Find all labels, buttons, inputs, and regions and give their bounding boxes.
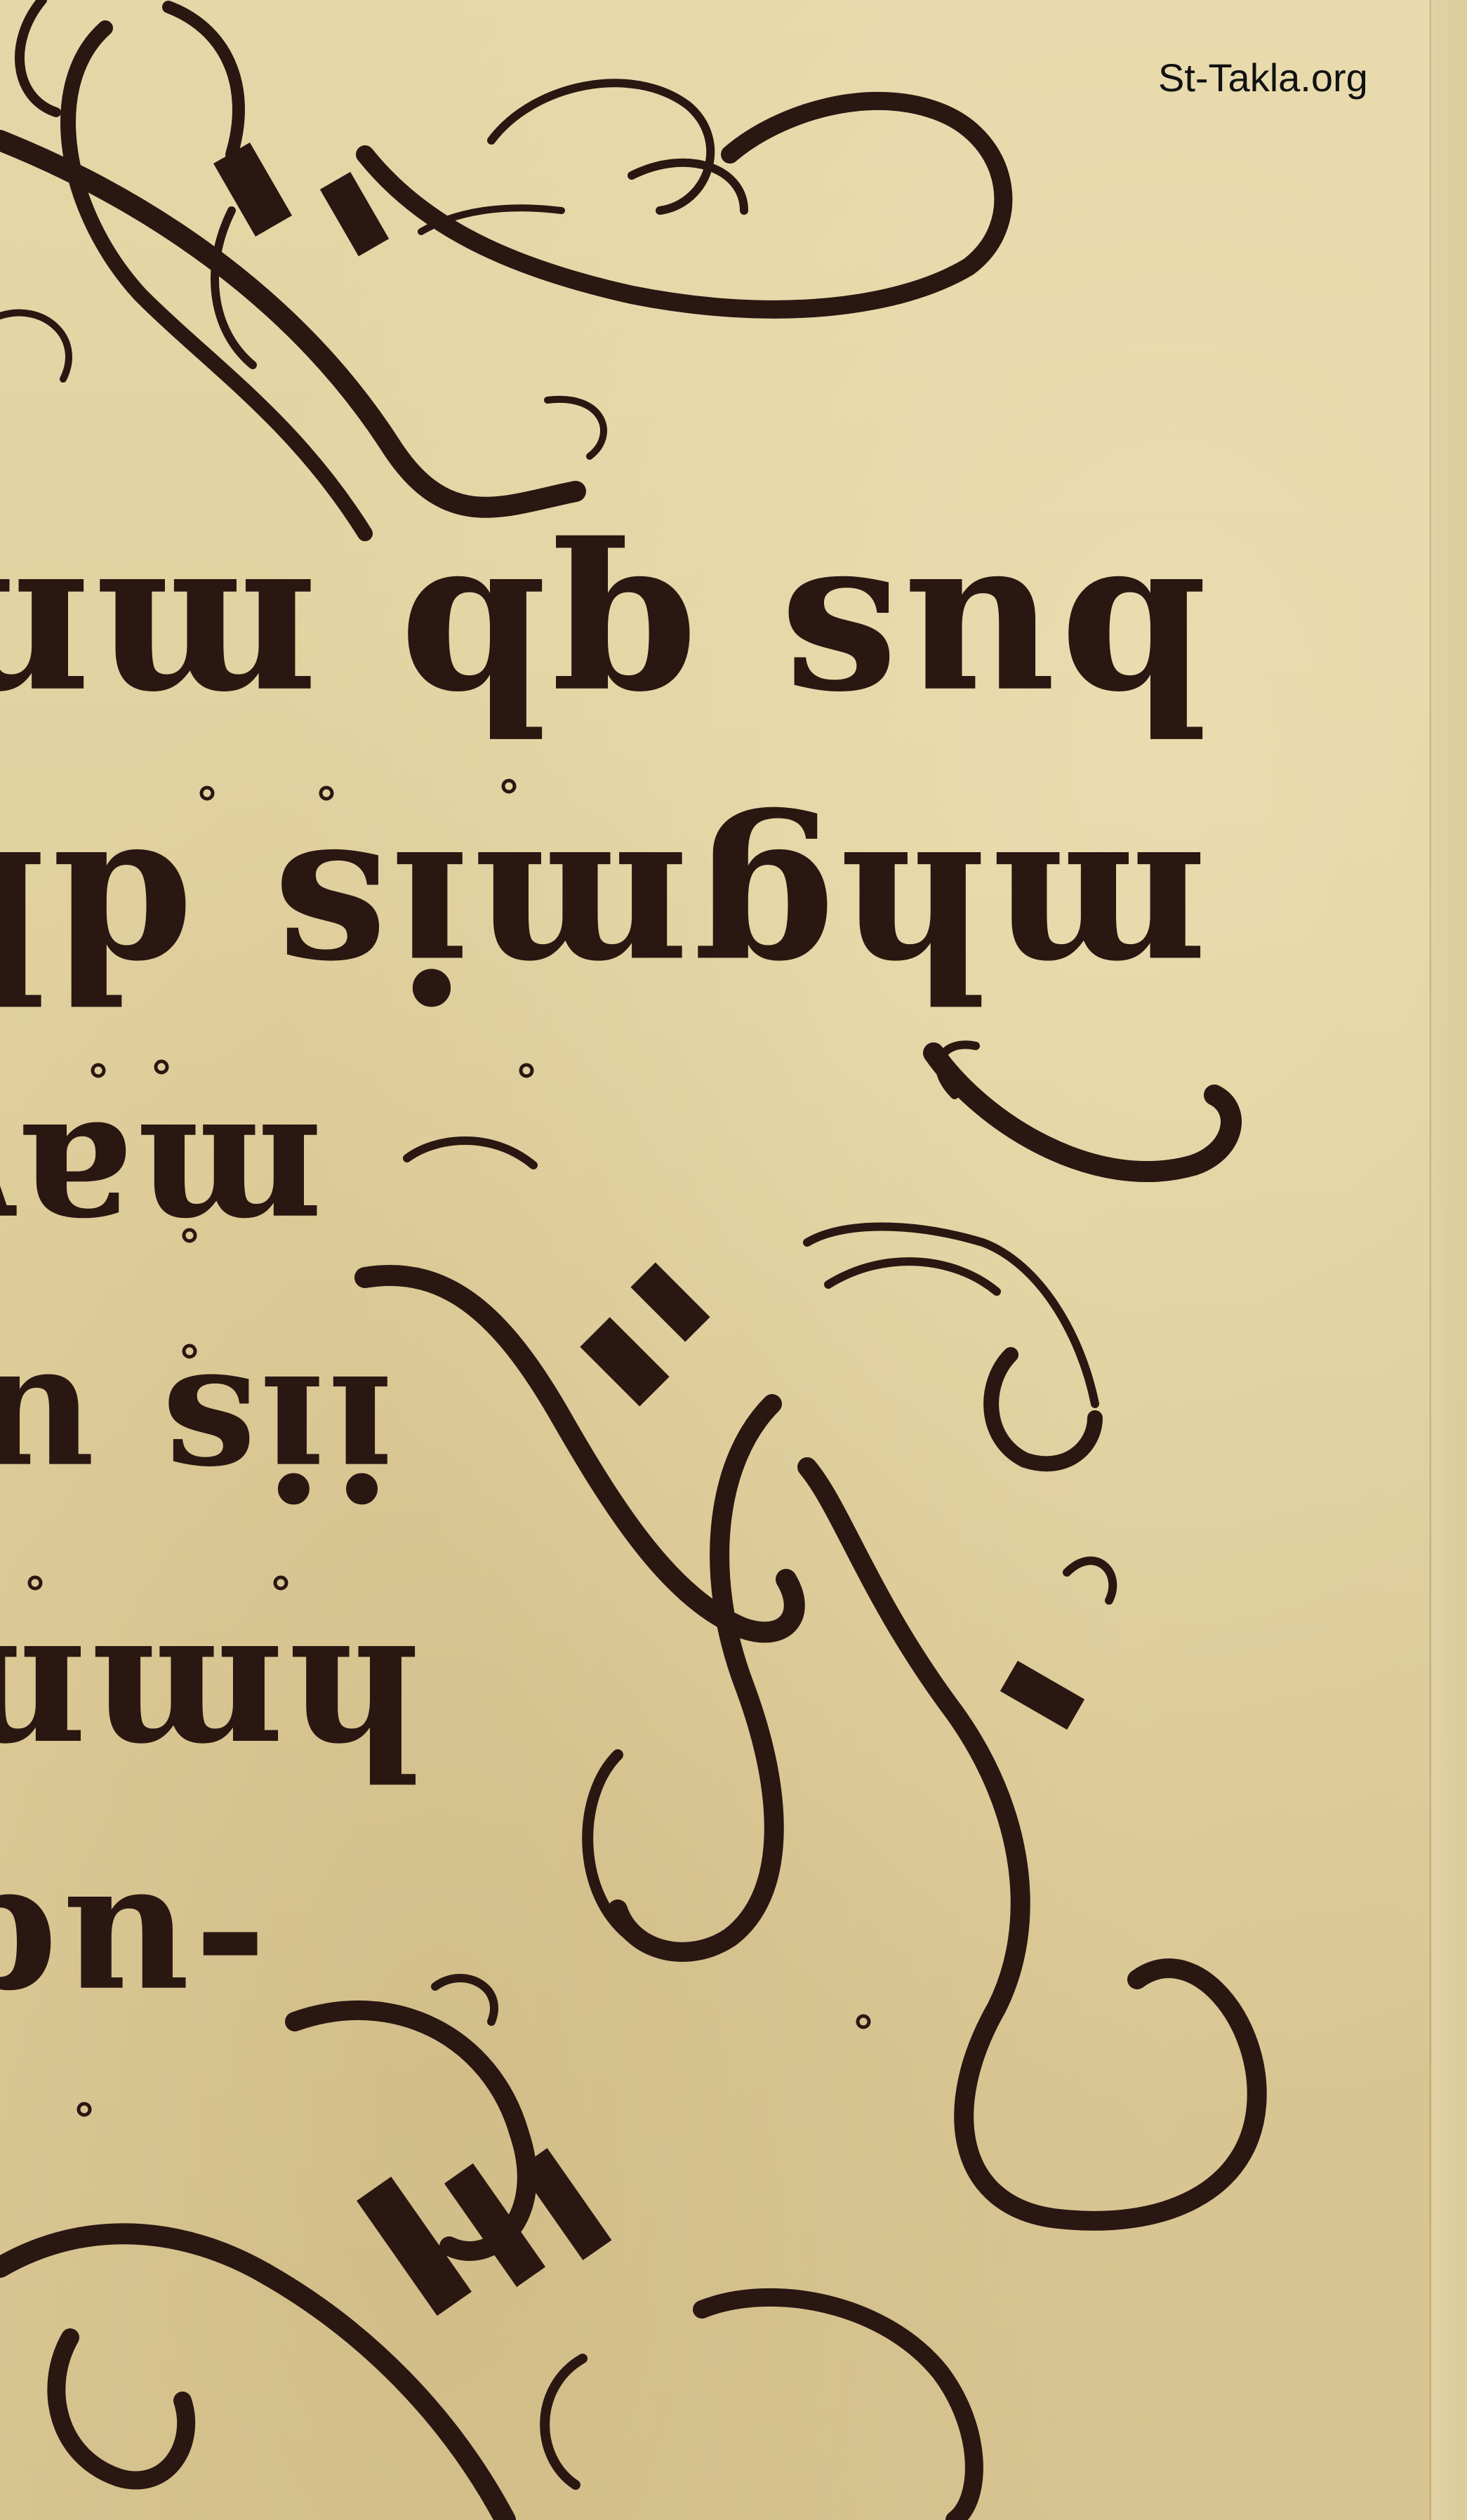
blackletter-line-4: iis u: [0, 1348, 393, 1523]
watermark-text: St-Takla.org: [1158, 55, 1368, 100]
blackletter-line-1: bus qb mmon: [0, 541, 1207, 765]
blackletter-line-3: maw: [0, 1095, 323, 1278]
blackletter-line-6: -ud: [0, 1867, 267, 2050]
blackletter-line-2: mhgmis dhqn: [0, 814, 1207, 1032]
blackletter-line-5: hmm: [0, 1614, 421, 1804]
